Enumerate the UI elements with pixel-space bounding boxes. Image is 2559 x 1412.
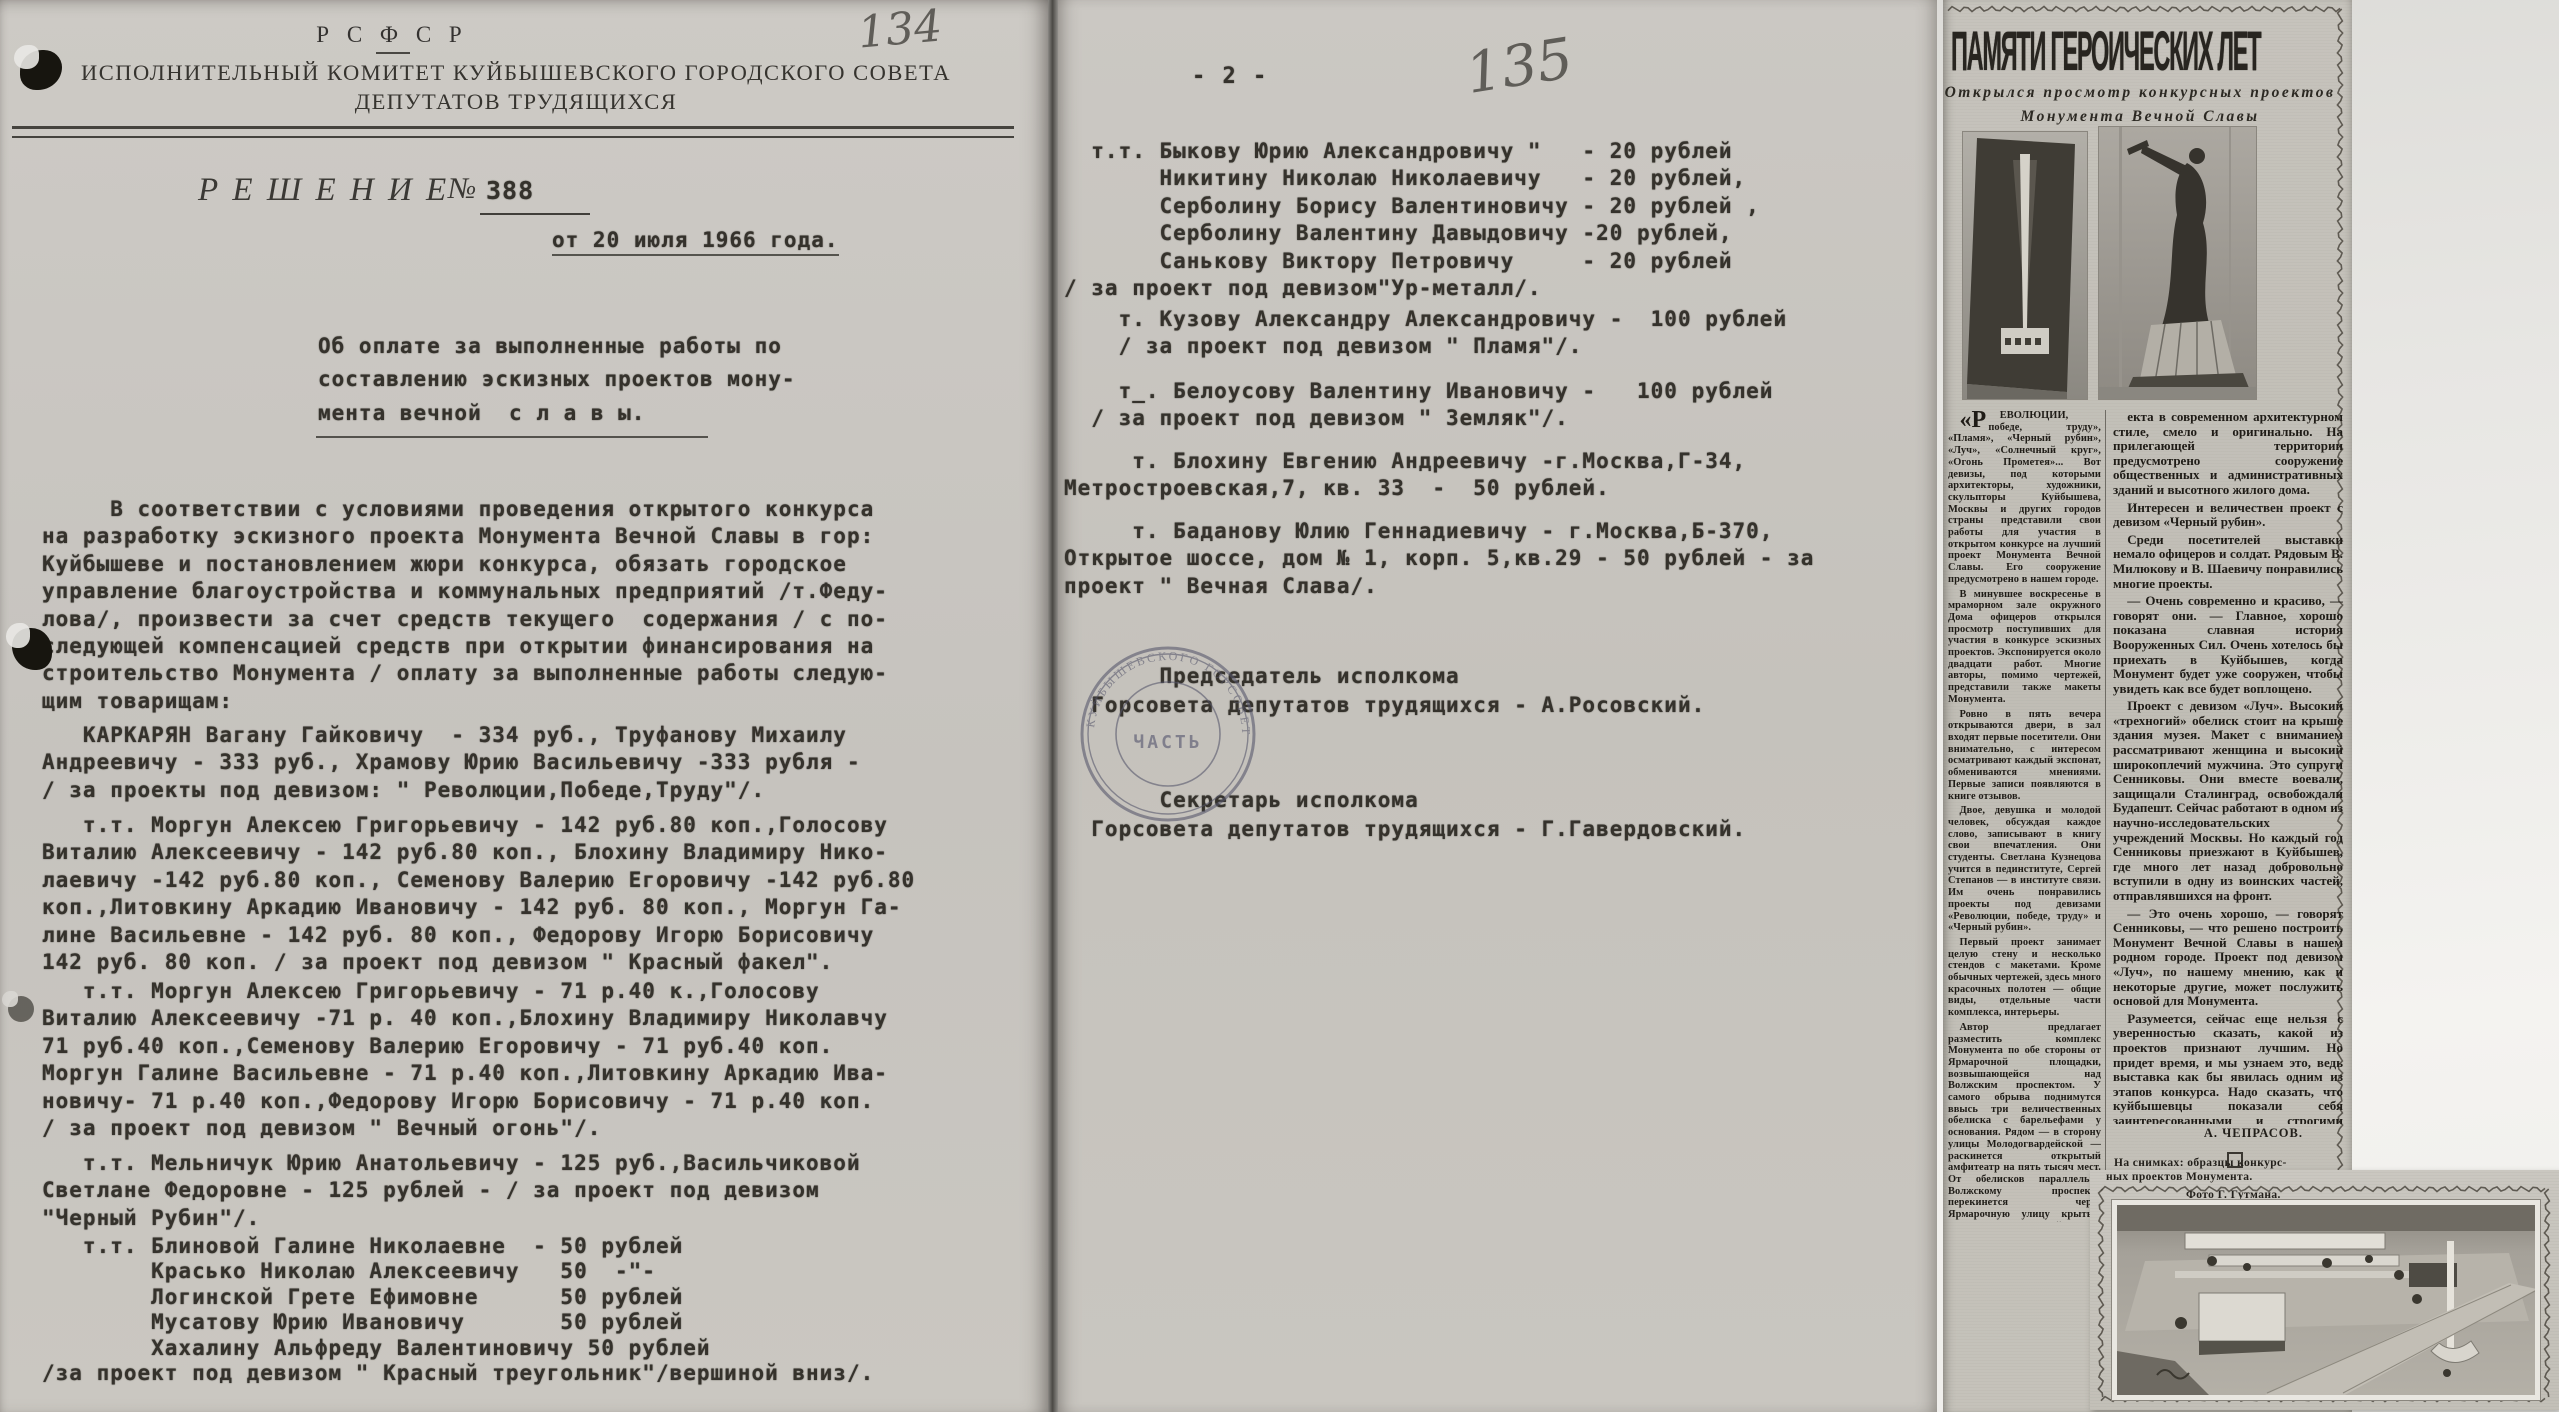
payment-paragraph-red-triangle: т.т. Блиновой Галине Николаевне - 50 руб…	[42, 1234, 874, 1386]
typed-line: строительство Монумента / оплату за выпо…	[42, 660, 888, 687]
newsprint-paragraph: екта в современном архитектурном стиле, …	[2113, 410, 2343, 498]
decision-page-1: 134 Р С Ф С Р ИСПОЛНИТЕЛЬНЫЙ КОМИТЕТ КУЙ…	[0, 0, 1048, 1412]
typed-line: т. Кузову Александру Александровичу - 10…	[1064, 306, 1787, 333]
newspaper-subtitle-line2: Монумента Вечной Славы	[1943, 108, 2337, 126]
newsprint-paragraph: Ровно в пять вечера открываются двери, в…	[1948, 709, 2101, 803]
typed-line: Хахалину Альфреду Валентиновичу 50 рубле…	[42, 1336, 874, 1361]
newspaper-column-1: «РЕВОЛЮЦИИ, победе, труду», «Пламя», «Че…	[1948, 410, 2101, 1222]
typed-line: КАРКАРЯН Вагану Гайковичу - 334 руб., Тр…	[42, 722, 861, 749]
newsprint-paragraph: «РЕВОЛЮЦИИ, победе, труду», «Пламя», «Че…	[1948, 410, 2101, 586]
punch-hole	[12, 628, 52, 670]
photo-monument-model	[2112, 1200, 2540, 1400]
typed-line: Виталию Алексеевичу -71 р. 40 коп.,Блохи…	[42, 1005, 888, 1032]
typed-line: составлению эскизных проектов мону-	[318, 363, 796, 396]
header-committee-line1: ИСПОЛНИТЕЛЬНЫЙ КОМИТЕТ КУЙБЫШЕВСКОГО ГОР…	[10, 58, 1022, 87]
decision-title: Р Е Ш Е Н И Е	[198, 172, 449, 209]
typed-line: В соответствии с условиями проведения от…	[42, 496, 888, 523]
subject-underline	[316, 436, 708, 438]
newspaper-headline: ПАМЯТИ ГЕРОИЧЕСКИХ ЛЕТ	[1951, 18, 2094, 83]
decision-no-sign: №	[448, 172, 476, 206]
newspaper-subtitle-line1: Открылся просмотр конкурсных проектов	[1943, 84, 2337, 102]
decision-number: 388	[486, 176, 534, 205]
stamp-center-text: ЧАСТЬ	[1133, 732, 1202, 753]
payment-paragraph-karkarian: КАРКАРЯН Вагану Гайковичу - 334 руб., Тр…	[42, 722, 861, 804]
typed-line: т.т. Моргун Алексею Григорьевичу - 71 р.…	[42, 978, 888, 1005]
typed-line: Никитину Николаю Николаевичу - 20 рублей…	[1064, 165, 1760, 192]
page-seam	[1048, 0, 1058, 1412]
typed-line: Куйбышеве и постановлением жюри конкурса…	[42, 551, 888, 578]
payment-paragraph-black-ruby: т.т. Мельничук Юрию Анатольевичу - 125 р…	[42, 1150, 861, 1232]
decision-number-underline	[480, 213, 590, 215]
newsprint-paragraph: Проект с девизом «Луч». Высокий «трехног…	[2113, 699, 2343, 903]
decision-page-2: - 2 - 135 т.т. Быкову Юрию Александрович…	[1058, 0, 1937, 1412]
typed-line: 142 руб. 80 коп. / за проект под девизом…	[42, 949, 915, 976]
typed-line: щим товарищам:	[42, 688, 888, 715]
newsprint-paragraph: Интересен и величествен проект с девизом…	[2113, 501, 2343, 530]
newsprint-paragraph: Первый проект занимает целую стену и нес…	[1948, 937, 2101, 1019]
decision-subject: Об оплате за выполненные работы посостав…	[318, 330, 796, 430]
typed-line: управление благоустройства и коммунальны…	[42, 578, 888, 605]
typed-line: Логинской Грете Ефимовне 50 рублей	[42, 1285, 874, 1310]
newsprint-paragraph: — Это очень хорошо, — говорят Сенниковы,…	[2113, 907, 2343, 1009]
typed-line: / за проект под девизом " Пламя"/.	[1064, 333, 1787, 360]
payment-paragraph-eternal-flame: т.т. Моргун Алексею Григорьевичу - 71 р.…	[42, 978, 888, 1142]
typed-line: лаевичу -142 руб.80 коп., Семенову Валер…	[42, 867, 915, 894]
column-rule	[2105, 410, 2106, 1218]
header-committee: ИСПОЛНИТЕЛЬНЫЙ КОМИТЕТ КУЙБЫШЕВСКОГО ГОР…	[10, 58, 1022, 116]
typed-line: новичу- 71 р.40 коп.,Федорову Игорю Бори…	[42, 1088, 888, 1115]
payment-block-zemlyak: т_. Белоусову Валентину Ивановичу - 100 …	[1064, 378, 1773, 433]
typed-line: коп.,Литовкину Аркадию Ивановичу - 142 р…	[42, 894, 915, 921]
typed-line: т. Баданову Юлию Геннадиевичу - г.Москва…	[1064, 518, 1814, 545]
article-byline: А. ЧЕПРАСОВ.	[2183, 1126, 2303, 1141]
typed-line: / за проект под девизом " Вечный огонь"/…	[42, 1115, 888, 1142]
photo-caption-line2: ных проектов Монумента.	[2106, 1171, 2253, 1183]
payment-block-ur-metall: т.т. Быкову Юрию Александровичу " - 20 р…	[1064, 138, 1760, 302]
header-country: Р С Ф С Р	[0, 22, 784, 48]
decision-date: от 20 июля 1966 года.	[552, 228, 839, 256]
payment-block-blokhin: т. Блохину Евгению Андреевичу -г.Москва,…	[1064, 448, 1746, 503]
typed-line: "Черный Рубин"/.	[42, 1205, 861, 1232]
newspaper-column-2: екта в современном архитектурном стиле, …	[2113, 410, 2343, 1124]
typed-line: Метростроевская,7, кв. 33 - 50 рублей.	[1064, 475, 1746, 502]
double-rule	[12, 126, 1014, 138]
typed-line: т.т. Быкову Юрию Александровичу " - 20 р…	[1064, 138, 1760, 165]
typed-line: проект " Вечная Слава/.	[1064, 573, 1814, 600]
typed-line: лова/, произвести за счет средств текуще…	[42, 606, 888, 633]
typed-line: т.т. Моргун Алексею Григорьевичу - 142 р…	[42, 812, 915, 839]
round-stamp: КУЙБЫШЕВСКОГО ГОРСОВЕТА ЧАСТЬ	[1070, 636, 1266, 832]
handwritten-page-number: 135	[1462, 26, 1578, 107]
photo-statue-project	[2099, 127, 2256, 399]
photo-caption-line1: На снимках: образцы конкурс-	[2114, 1157, 2287, 1169]
typed-line: /за проект под девизом " Красный треугол…	[42, 1361, 874, 1386]
photo-clipping-fragment: На снимках: образцы конкурс- ных проекто…	[2090, 1170, 2559, 1410]
typed-line: следующей компенсацией средств при откры…	[42, 633, 888, 660]
typed-line: т.т. Мельничук Юрию Анатольевичу - 125 р…	[42, 1150, 861, 1177]
payment-block-badanov: т. Баданову Юлию Геннадиевичу - г.Москва…	[1064, 518, 1814, 600]
typed-line: т. Блохину Евгению Андреевичу -г.Москва,…	[1064, 448, 1746, 475]
typed-line: Серболину Валентину Давыдовичу -20 рубле…	[1064, 220, 1760, 247]
typed-line: т_. Белоусову Валентину Ивановичу - 100 …	[1064, 378, 1773, 405]
header-divider-mark	[376, 52, 410, 54]
newsprint-paragraph: Разумеется, сейчас еще нельзя с уверенно…	[2113, 1012, 2343, 1124]
typed-line: Андреевичу - 333 руб., Храмову Юрию Васи…	[42, 749, 861, 776]
typed-line: на разработку эскизного проекта Монумент…	[42, 523, 888, 550]
typed-line: т.т. Блиновой Галине Николаевне - 50 руб…	[42, 1234, 874, 1259]
typed-line: Об оплате за выполненные работы по	[318, 330, 796, 363]
scanned-archive-spread: 134 Р С Ф С Р ИСПОЛНИТЕЛЬНЫЙ КОМИТЕТ КУЙ…	[0, 0, 2559, 1412]
payment-paragraph-red-torch: т.т. Моргун Алексею Григорьевичу - 142 р…	[42, 812, 915, 976]
header-committee-line2: ДЕПУТАТОВ ТРУДЯЩИХСЯ	[10, 87, 1022, 116]
handwritten-page-number: 134	[856, 0, 944, 58]
page-number-typed: - 2 -	[1192, 64, 1268, 89]
typed-line: / за проект под девизом"Ур-металл/.	[1064, 275, 1760, 302]
payment-block-plamya: т. Кузову Александру Александровичу - 10…	[1064, 306, 1787, 361]
typed-line: Мусатову Юрию Ивановичу 50 рублей	[42, 1310, 874, 1335]
photo-obelisk-project	[1963, 132, 2087, 399]
typed-line: 71 руб.40 коп.,Семенову Валерию Егорович…	[42, 1033, 888, 1060]
decision-body: В соответствии с условиями проведения от…	[42, 496, 888, 715]
typed-line: Открытое шоссе, дом № 1, корп. 5,кв.29 -…	[1064, 545, 1814, 572]
newsprint-paragraph: Автор предлагает разместить комплекс Мон…	[1948, 1022, 2101, 1222]
newsprint-paragraph: — Очень современно и красиво, — говорят …	[2113, 594, 2343, 696]
newsprint-paragraph: В минувшее воскресенье в мраморном зале …	[1948, 589, 2101, 706]
typed-line: Виталию Алексеевичу - 142 руб.80 коп., Б…	[42, 839, 915, 866]
punch-hole	[8, 996, 34, 1022]
typed-line: Серболину Борису Валентиновичу - 20 рубл…	[1064, 193, 1760, 220]
typed-line: / за проект под девизом " Земляк"/.	[1064, 405, 1773, 432]
typed-line: Красько Николаю Алексеевичу 50 -"-	[42, 1259, 874, 1284]
newsprint-paragraph: Двое, девушка и молодой человек, обсужда…	[1948, 805, 2101, 934]
typed-line: лине Васильевне - 142 руб. 80 коп., Федо…	[42, 922, 915, 949]
newsprint-paragraph: Среди посетителей выставки немало офицер…	[2113, 533, 2343, 591]
typed-line: Моргун Галине Васильевне - 71 р.40 коп.,…	[42, 1060, 888, 1087]
typed-line: Светлане Федоровне - 125 рублей - / за п…	[42, 1177, 861, 1204]
typed-line: / за проекты под девизом: " Революции,По…	[42, 777, 861, 804]
typed-line: мента вечной с л а в ы.	[318, 397, 796, 430]
typed-line: Санькову Виктору Петровичу - 20 рублей	[1064, 248, 1760, 275]
